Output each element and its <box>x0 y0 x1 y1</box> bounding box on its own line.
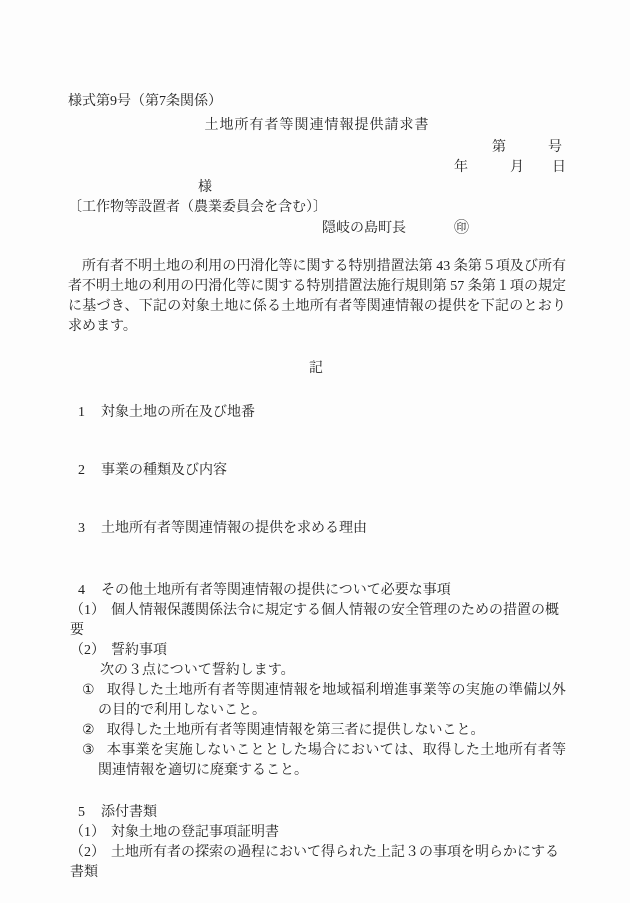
addressee-line: 様 <box>198 178 566 198</box>
item-5-sub-1-text: 対象土地の登記事項証明書 <box>111 825 279 840</box>
item-2: 2事業の種類及び内容 <box>68 461 566 481</box>
item-5-sub-2: （2）土地所有者の探索の過程において得られた上記３の事項を明らかにする書類 <box>68 843 566 883</box>
item-5-sub-2-text: 土地所有者の探索の過程において得られた上記３の事項を明らかにする書類 <box>70 845 559 880</box>
pledge-1-number: ① <box>82 683 95 698</box>
pledge-2-text: 取得した土地所有者等関連情報を第三者に提供しないこと。 <box>107 723 485 738</box>
mayor-line: 隠岐の島町長 ㊞ <box>68 218 566 239</box>
pledge-2-number: ② <box>82 723 95 738</box>
main-paragraph: 所有者不明土地の利用の円滑化等に関する特別措置法第 43 条第５項及び所有者不明… <box>68 257 566 337</box>
applicant-note: 〔工作物等設置者（農業委員会を含む）〕 <box>68 198 566 218</box>
item-5-sub-2-label: （2） <box>70 845 105 860</box>
item-4-text: その他土地所有者等関連情報の提供について必要な事項 <box>101 583 451 598</box>
item-5-sub-1-label: （1） <box>70 825 105 840</box>
item-5-sub-1: （1）対象土地の登記事項証明書 <box>68 823 566 843</box>
document-page: 様式第9号（第7条関係） 土地所有者等関連情報提供請求書 第 号 年 月 日 様… <box>0 0 630 903</box>
pledge-3-number: ③ <box>82 743 95 758</box>
date-line: 年 月 日 <box>68 158 566 178</box>
item-2-text: 事業の種類及び内容 <box>101 463 227 478</box>
item-1: 1対象土地の所在及び地番 <box>68 403 566 423</box>
pledge-1: ①取得した土地所有者等関連情報を地域福利増進事業等の実施の準備以外の目的で利用し… <box>82 681 566 721</box>
item-3: 3土地所有者等関連情報の提供を求める理由 <box>68 519 566 539</box>
item-4-sub-2: （2）誓約事項 <box>68 641 566 661</box>
item-3-number: 3 <box>78 519 101 539</box>
form-number: 様式第9号（第7条関係） <box>68 92 566 112</box>
pledge-3-text: 本事業を実施しないこととした場合においては、取得した土地所有者等関連情報を適切に… <box>98 743 566 778</box>
item-3-text: 土地所有者等関連情報の提供を求める理由 <box>101 521 367 536</box>
item-4-sub-1-label: （1） <box>70 603 105 618</box>
item-5-text: 添付書類 <box>101 805 157 820</box>
seal-icon: ㊞ <box>454 218 469 238</box>
item-4-sub-1-text: 個人情報保護関係法令に規定する個人情報の安全管理のための措置の概要 <box>70 603 559 638</box>
item-1-text: 対象土地の所在及び地番 <box>101 405 255 420</box>
pledge-3: ③本事業を実施しないこととした場合においては、取得した土地所有者等関連情報を適切… <box>82 741 566 781</box>
document-number-line: 第 号 <box>68 138 566 158</box>
item-4-number: 4 <box>78 581 101 601</box>
pledge-intro: 次の３点について誓約します。 <box>100 661 566 681</box>
pledge-1-text: 取得した土地所有者等関連情報を地域福利増進事業等の実施の準備以外の目的で利用しな… <box>98 683 566 718</box>
page-title: 土地所有者等関連情報提供請求書 <box>68 116 566 136</box>
record-heading: 記 <box>68 359 566 379</box>
item-2-number: 2 <box>78 461 101 481</box>
item-5: 5添付書類 <box>68 803 566 823</box>
mayor-title: 隠岐の島町長 <box>322 219 406 239</box>
item-5-number: 5 <box>78 803 101 823</box>
pledge-2: ②取得した土地所有者等関連情報を第三者に提供しないこと。 <box>82 721 566 741</box>
item-4: 4その他土地所有者等関連情報の提供について必要な事項 <box>68 581 566 601</box>
item-4-sub-2-text: 誓約事項 <box>111 643 167 658</box>
item-4-sub-2-label: （2） <box>70 643 105 658</box>
item-1-number: 1 <box>78 403 101 423</box>
item-4-sub-1: （1）個人情報保護関係法令に規定する個人情報の安全管理のための措置の概要 <box>68 601 566 641</box>
